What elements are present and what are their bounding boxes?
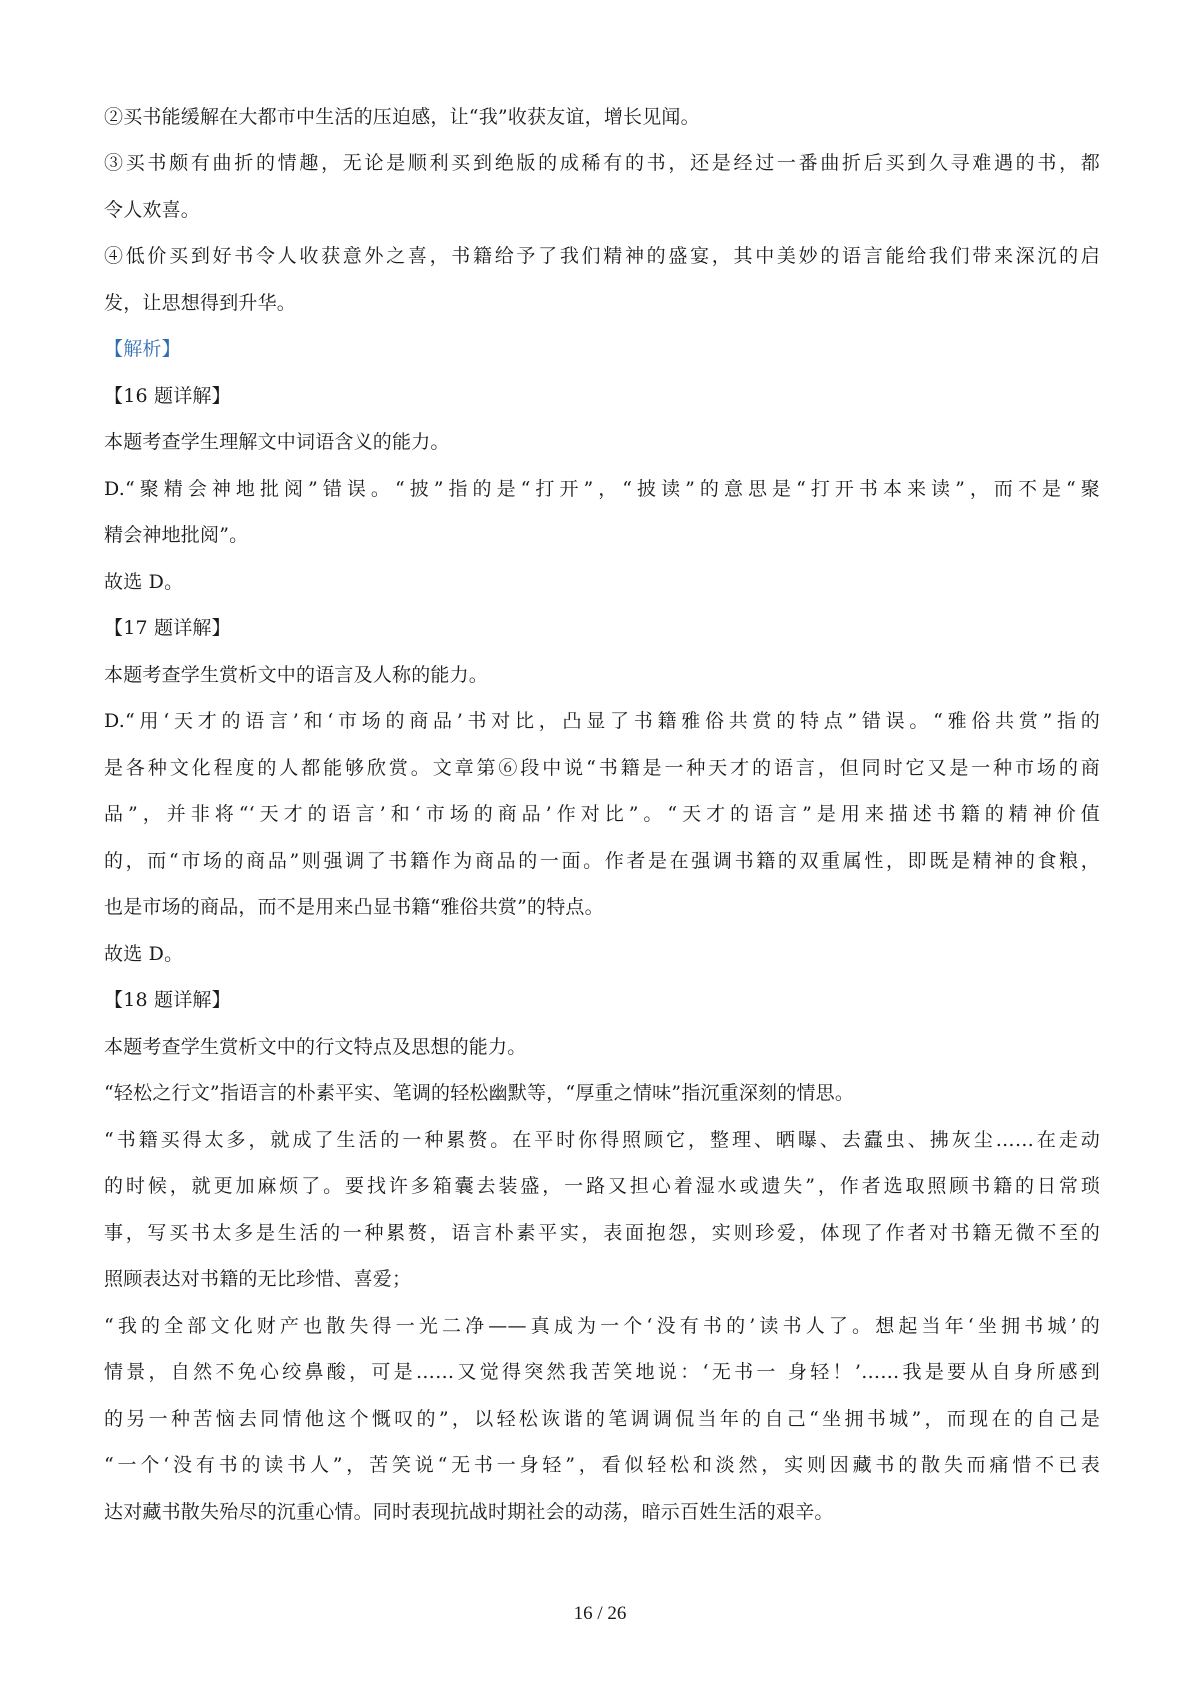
q18-quote-2-line-1: “我的全部文化财产也散失得一光二净——真成为一个‘没有书的’读书人了。想起当年‘…: [104, 1313, 1100, 1339]
q18-heading: 【18 题详解】: [104, 987, 1100, 1013]
q18-intro: 本题考查学生赏析文中的行文特点及思想的能力。: [104, 1034, 1100, 1060]
q16-explanation-line-2: 精会神地批阅”。: [104, 522, 1100, 548]
q17-answer: 故选 D。: [104, 941, 1100, 967]
q18-quote-2-line-2: 情景，自然不免心绞鼻酸，可是……又觉得突然我苦笑地说：‘无书一 身轻！’……我是…: [104, 1359, 1100, 1385]
answer-point-3-line-1: ③买书颇有曲折的情趣，无论是顺利买到绝版的成稀有的书，还是经过一番曲折后买到久寻…: [104, 150, 1100, 176]
q18-quote-1-line-4: 照顾表达对书籍的无比珍惜、喜爱；: [104, 1266, 1100, 1292]
page-number: 16 / 26: [0, 1603, 1200, 1625]
q17-explanation-line-1: D.“用‘天才的语言’和‘市场的商品’书对比，凸显了书籍雅俗共赏的特点”错误。“…: [104, 708, 1100, 734]
q16-answer: 故选 D。: [104, 569, 1100, 595]
q17-explanation-line-3: 品”，并非将“‘天才的语言’和‘市场的商品’作对比”。“天才的语言”是用来描述书…: [104, 801, 1100, 827]
answer-point-3-line-2: 令人欢喜。: [104, 197, 1100, 223]
q18-quote-1-line-1: “书籍买得太多，就成了生活的一种累赘。在平时你得照顾它，整理、晒曝、去蠹虫、拂灰…: [104, 1127, 1100, 1153]
q18-definition: “轻松之行文”指语言的朴素平实、笔调的轻松幽默等，“厚重之情味”指沉重深刻的情思…: [104, 1080, 1100, 1106]
q18-quote-2-line-5: 达对藏书散失殆尽的沉重心情。同时表现抗战时期社会的动荡，暗示百姓生活的艰辛。: [104, 1499, 1100, 1525]
q16-intro: 本题考查学生理解文中词语含义的能力。: [104, 429, 1100, 455]
answer-point-2: ②买书能缓解在大都市中生活的压迫感，让“我”收获友谊，增长见闻。: [104, 104, 1100, 130]
q18-quote-2-line-3: 的另一种苦恼去同情他这个慨叹的”，以轻松诙谐的笔调调侃当年的自己“坐拥书城”，而…: [104, 1406, 1100, 1432]
q17-explanation-line-5: 也是市场的商品，而不是用来凸显书籍“雅俗共赏”的特点。: [104, 894, 1100, 920]
answer-point-4-line-1: ④低价买到好书令人收获意外之喜，书籍给予了我们精神的盛宴，其中美妙的语言能给我们…: [104, 243, 1100, 269]
q17-heading: 【17 题详解】: [104, 615, 1100, 641]
q17-explanation-line-4: 的，而“市场的商品”则强调了书籍作为商品的一面。作者是在强调书籍的双重属性，即既…: [104, 848, 1100, 874]
q16-heading: 【16 题详解】: [104, 383, 1100, 409]
q16-explanation-line-1: D.“聚精会神地批阅”错误。“披”指的是“打开”，“披读”的意思是“打开书本来读…: [104, 476, 1100, 502]
q18-quote-1-line-2: 的时候，就更加麻烦了。要找许多箱囊去装盛，一路又担心着湿水或遗失”，作者选取照顾…: [104, 1173, 1100, 1199]
q17-intro: 本题考查学生赏析文中的语言及人称的能力。: [104, 662, 1100, 688]
q17-explanation-line-2: 是各种文化程度的人都能够欣赏。文章第⑥段中说“书籍是一种天才的语言，但同时它又是…: [104, 755, 1100, 781]
q18-quote-1-line-3: 事，写买书太多是生活的一种累赘，语言朴素平实，表面抱怨，实则珍爱，体现了作者对书…: [104, 1220, 1100, 1246]
analysis-heading: 【解析】: [104, 336, 1100, 362]
q18-quote-2-line-4: “一个‘没有书的读书人”，苦笑说“无书一身轻”，看似轻松和淡然，实则因藏书的散失…: [104, 1452, 1100, 1478]
answer-point-4-line-2: 发，让思想得到升华。: [104, 290, 1100, 316]
